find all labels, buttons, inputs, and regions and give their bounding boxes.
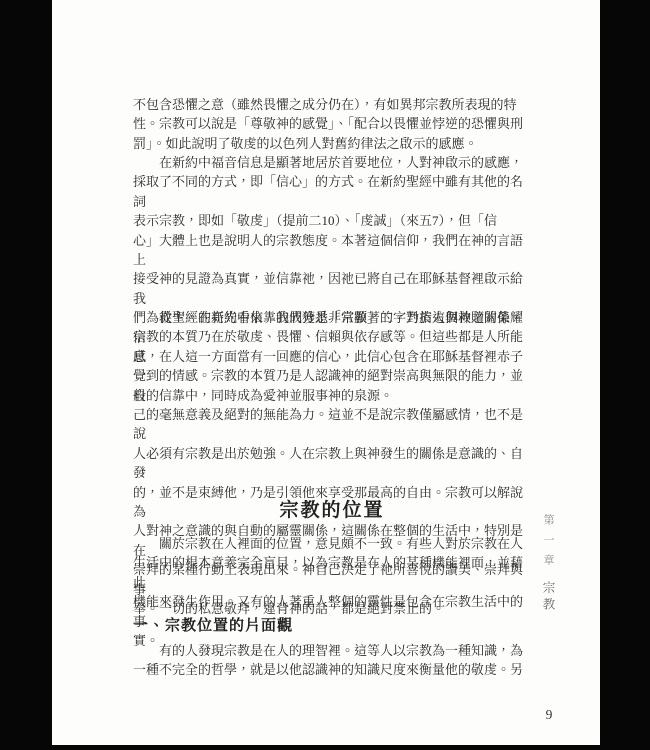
page-number: 9	[541, 707, 557, 723]
section-heading: 宗教的位置	[133, 498, 531, 524]
margin-chapter-title: 宗教	[539, 581, 557, 614]
paragraph-continuation: 不包含恐懼之意（雖然畏懼之成分仍在），有如異邦宗教所表現的特 性。宗教可以說是「…	[133, 95, 531, 153]
book-page: 不包含恐懼之意（雖然畏懼之成分仍在），有如異邦宗教所表現的特 性。宗教可以說是「…	[52, 0, 600, 745]
photo-background: { "page": { "heading": "宗教的位置", "subhead…	[0, 0, 650, 750]
subsection-heading: 一、宗教位置的片面觀	[133, 615, 531, 637]
margin-chapter-number: 第一章	[540, 514, 556, 574]
paragraph-one-sided-view: 有的人發現宗教是在人的理智裡。這等人以宗教為一種知識，為 一種不完全的哲學，就是…	[133, 641, 531, 680]
